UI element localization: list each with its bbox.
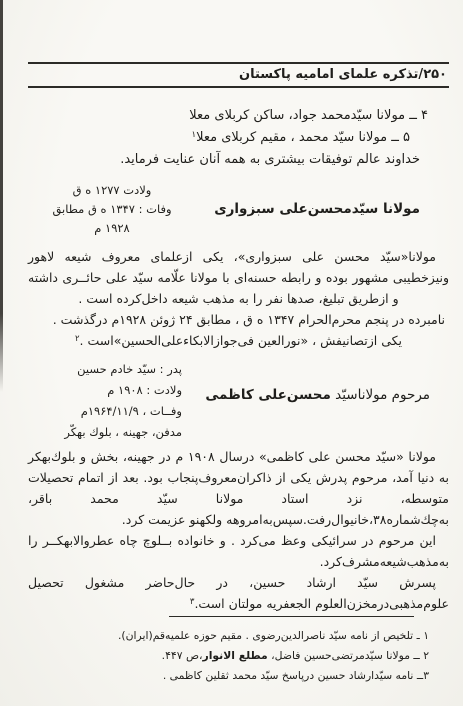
entry-sabzevari: مولانا سیّدمحسن‌علی سبزواری ولادت ۱۲۷۷ ه… xyxy=(28,181,449,351)
list-item-5-text: ۵ ــ مولانا سیّد محمد ، مقیم کربلای معلا xyxy=(196,130,410,145)
footnote-2-book-title: مطلع الانوار xyxy=(203,649,268,662)
footnote-separator-rule xyxy=(169,616,414,617)
entry-sabzevari-work-title-line: یکی ازتصانیفش ، «نورالعین فی‌جوازالابکاء… xyxy=(80,333,402,348)
birth-date-line: ولادت ۱۲۷۷ ه ق xyxy=(28,181,196,200)
entry-kazimi-paragraph-3-text: پسرش سیّد ارشاد حسین، در حال‌حاضر مشغول … xyxy=(28,575,449,611)
entry-kazimi-title-name: محسن‌علی کاظمی xyxy=(205,387,330,403)
entry-kazimi-paragraph-1: مولانا «سیّد محسن علی کاظمی» درسال ۱۹۰۸ … xyxy=(28,446,449,530)
benediction-line: خداوند عالم توفیقات بیشتری به همه آنان ع… xyxy=(28,149,449,171)
header-rule-bottom xyxy=(28,86,449,88)
list-item-4-text: ۴ ــ مولانا سیّدمحمد جواد، ساکن کربلای م… xyxy=(189,108,428,123)
list-item-4: ۴ ــ مولانا سیّدمحمد جواد، ساکن کربلای م… xyxy=(28,105,449,127)
entry-kazimi-title: مرحوم مولاناسیّد محسن‌علی کاظمی xyxy=(196,359,449,405)
entry-kazimi-paragraph-2: این مرحوم در سرائیکی وعظ می‌کرد . و خانو… xyxy=(28,530,449,572)
entry-sabzevari-body: مولانا«سیّد محسن علی سبزواری»، یکی ازعلم… xyxy=(28,246,449,351)
entry-kazimi-header: مرحوم مولاناسیّد محسن‌علی کاظمی پدر : سی… xyxy=(28,359,449,443)
entry-kazimi-details: پدر : سیّد خادم حسین ولادت : ۱۹۰۸ م وفــ… xyxy=(28,359,196,443)
entry-sabzevari-paragraph-2: نامبرده در پنجم محرم‌الحرام ۱۳۴۷ ه ق ، م… xyxy=(28,309,449,330)
death-date-line-2: ۱۹۲۸ م xyxy=(28,219,196,238)
entry-kazimi-paragraph-3: پسرش سیّد ارشاد حسین، در حال‌حاضر مشغول … xyxy=(28,572,449,614)
page-number-and-book-title: ۲۵۰/تذکره علمای امامیه پاکستان xyxy=(28,64,449,86)
scanned-book-page: ۲۵۰/تذکره علمای امامیه پاکستان ۴ ــ مولا… xyxy=(0,0,463,706)
footnote-ref-2: ۲ xyxy=(75,334,80,344)
entry-sabzevari-paragraph-1: مولانا«سیّد محسن علی سبزواری»، یکی ازعلم… xyxy=(28,246,449,309)
birth-date-line: ولادت : ۱۹۰۸ م xyxy=(28,380,182,401)
footnote-ref-3: ۳ xyxy=(190,597,195,607)
list-item-5: ۵ ــ مولانا سیّد محمد ، مقیم کربلای معلا… xyxy=(28,127,449,149)
entry-sabzevari-title: مولانا سیّدمحسن‌علی سبزواری xyxy=(196,181,449,219)
entry-kazimi: مرحوم مولاناسیّد محسن‌علی کاظمی پدر : سی… xyxy=(28,359,449,614)
death-date-line-1: وفات : ۱۳۴۷ ه ق مطابق xyxy=(28,200,196,219)
footnote-1: ۱ ـ تلخیص از نامه سیّد ناصرالدین‌رضوی . … xyxy=(36,626,429,646)
footnote-list: ۱ ـ تلخیص از نامه سیّد ناصرالدین‌رضوی . … xyxy=(28,626,449,686)
entry-sabzevari-paragraph-3: یکی ازتصانیفش ، «نورالعین فی‌جوازالابکاء… xyxy=(28,330,449,351)
father-line: پدر : سیّد خادم حسین xyxy=(28,359,182,380)
scan-edge-artifact xyxy=(0,0,3,392)
entry-kazimi-title-prefix: مرحوم مولاناسیّد xyxy=(331,387,430,403)
footnote-2-text: ۲ ــ مولانا سیّدمرتضی‌حسین فاضل، xyxy=(268,649,429,662)
entry-sabzevari-dates: ولادت ۱۲۷۷ ه ق وفات : ۱۳۴۷ ه ق مطابق ۱۹۲… xyxy=(28,181,196,238)
intro-list: ۴ ــ مولانا سیّدمحمد جواد، ساکن کربلای م… xyxy=(28,105,449,171)
entry-kazimi-body: مولانا «سیّد محسن علی کاظمی» درسال ۱۹۰۸ … xyxy=(28,446,449,614)
footnote-3: ۳ــ نامه سیّدارشاد حسین درپاسخ سیّد محمد… xyxy=(36,666,429,686)
footnotes-section: ۱ ـ تلخیص از نامه سیّد ناصرالدین‌رضوی . … xyxy=(28,616,449,686)
footnote-ref-1: ۱ xyxy=(192,130,197,140)
footnote-2-page-ref: ،ص ۴۴۷. xyxy=(162,649,203,662)
entry-sabzevari-header: مولانا سیّدمحسن‌علی سبزواری ولادت ۱۲۷۷ ه… xyxy=(28,181,449,238)
page-header: ۲۵۰/تذکره علمای امامیه پاکستان xyxy=(28,62,449,88)
footnote-2: ۲ ــ مولانا سیّدمرتضی‌حسین فاضل، مطلع ال… xyxy=(36,646,429,666)
death-date-line: وفــات ، ۱۹۶۴/۱۱/۹م xyxy=(28,401,182,422)
burial-place-line: مدفن، جهینه ، بلوك بهکّر xyxy=(28,422,182,443)
